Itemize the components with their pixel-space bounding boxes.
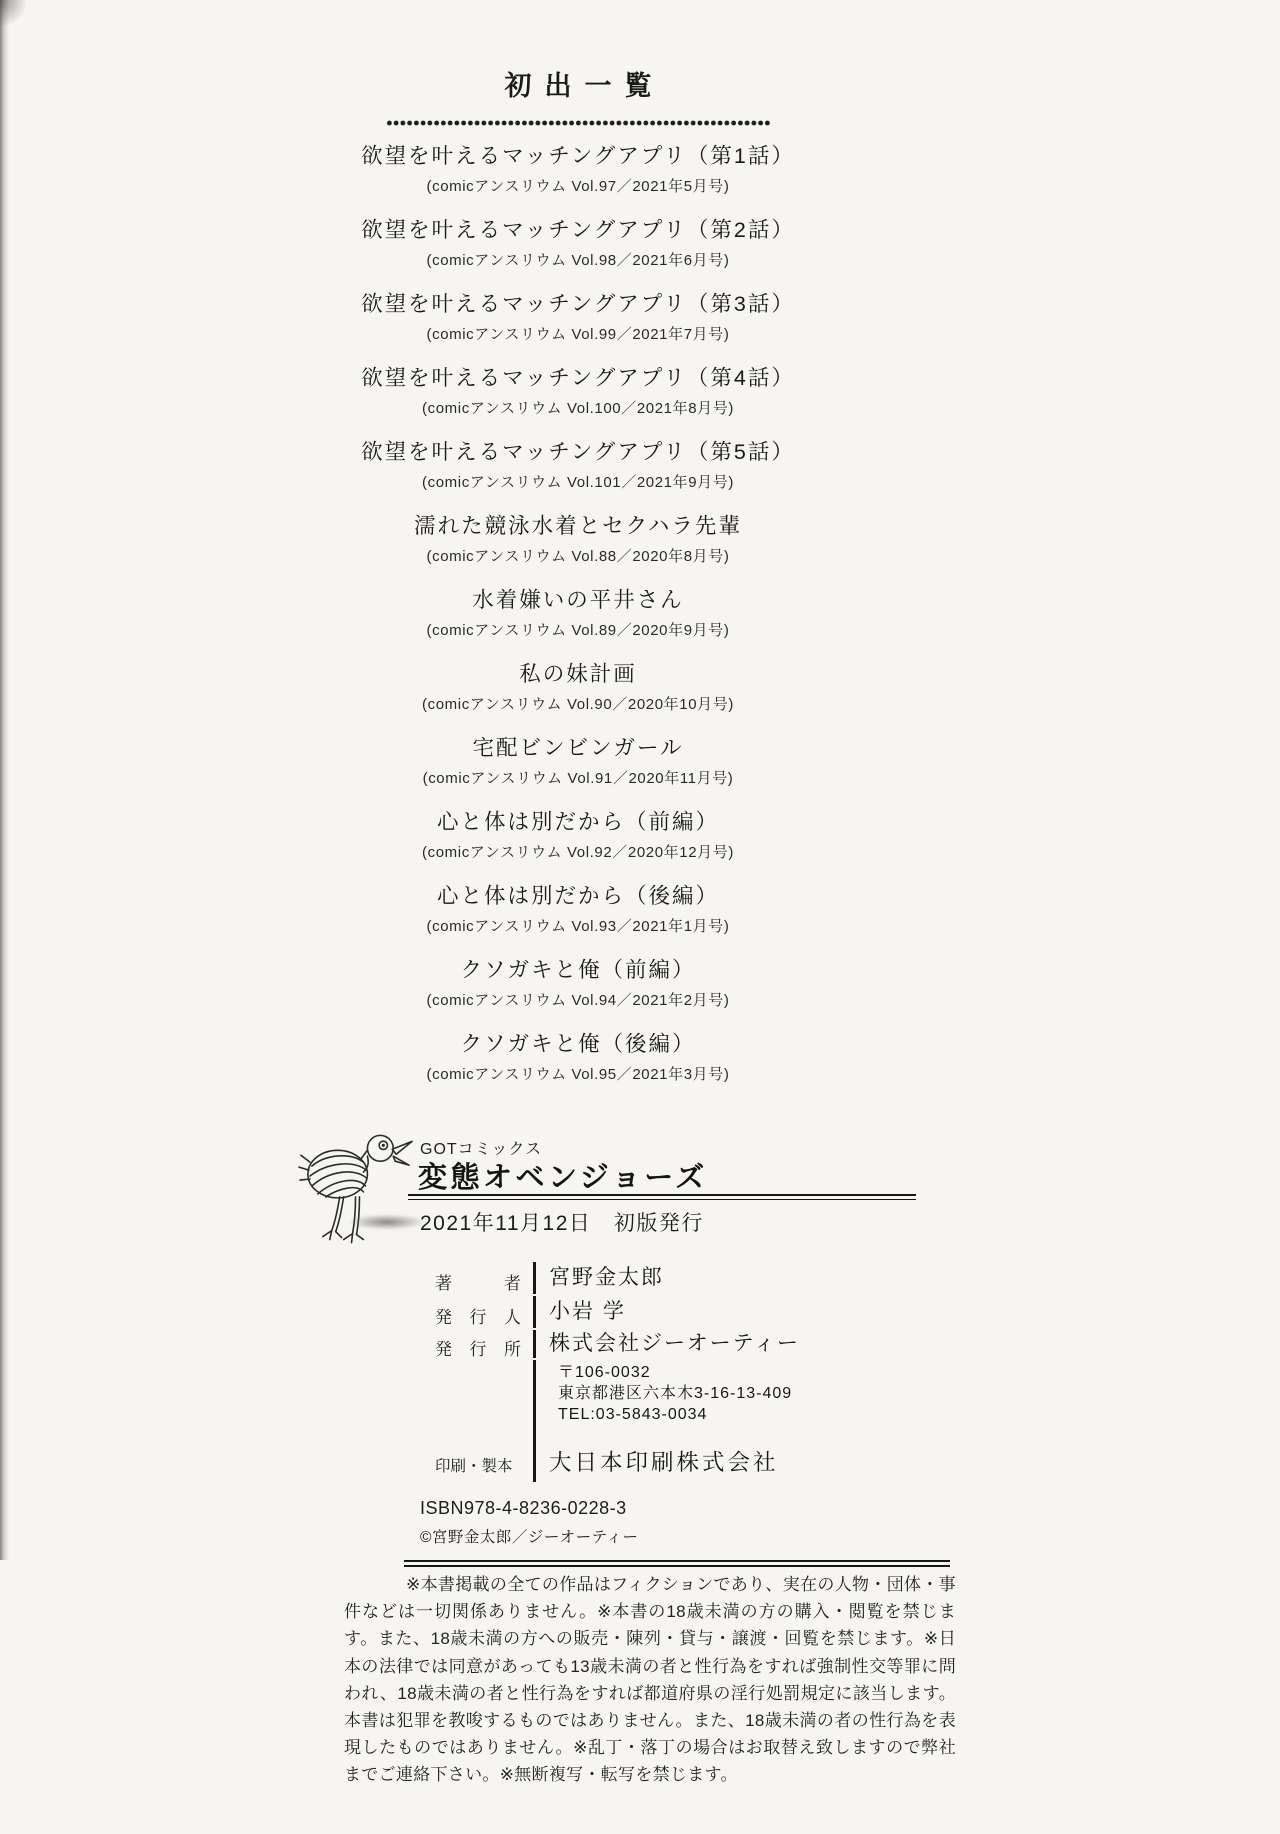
chapter-title: 濡れた競泳水着とセクハラ先輩	[168, 511, 988, 541]
publisher-person-label: 発 行 人	[435, 1296, 521, 1334]
publication-entry: 欲望を叶えるマッチングアプリ（第5話） (comicアンスリウム Vol.101…	[168, 437, 988, 493]
chapter-source: (comicアンスリウム Vol.94／2021年2月号)	[168, 991, 988, 1011]
publication-entry: 欲望を叶えるマッチングアプリ（第4話） (comicアンスリウム Vol.100…	[168, 363, 988, 419]
chapter-title: 心と体は別だから（前編）	[168, 807, 988, 837]
credit-row-author: 著 者 宮野金太郎	[435, 1262, 800, 1296]
chapter-source: (comicアンスリウム Vol.92／2020年12月号)	[168, 843, 988, 863]
chapter-source: (comicアンスリウム Vol.98／2021年6月号)	[168, 251, 988, 271]
publication-entry: クソガキと俺（前編） (comicアンスリウム Vol.94／2021年2月号)	[168, 955, 988, 1011]
publisher-person-name: 小岩 学	[533, 1296, 626, 1328]
phone-number: TEL:03-5843-0034	[558, 1404, 792, 1425]
publication-entry: 宅配ビンビンガール (comicアンスリウム Vol.91／2020年11月号)	[168, 733, 988, 789]
credit-row-printer: 印刷・製本 大日本印刷株式会社	[435, 1446, 800, 1482]
chapter-title: 欲望を叶えるマッチングアプリ（第2話）	[168, 215, 988, 245]
chapter-source: (comicアンスリウム Vol.93／2021年1月号)	[168, 917, 988, 937]
chapter-title: 欲望を叶えるマッチングアプリ（第4話）	[168, 363, 988, 393]
book-title: 変態オベンジョーズ	[418, 1155, 708, 1196]
publication-entry: 欲望を叶えるマッチングアプリ（第1話） (comicアンスリウム Vol.97／…	[168, 141, 988, 197]
edition-date: 2021年11月12日 初版発行	[420, 1207, 704, 1237]
credits-table: 著 者 宮野金太郎 発 行 人 小岩 学 発 行 所 株式会社ジーオーティー 〒…	[435, 1262, 800, 1482]
chapter-title: 宅配ビンビンガール	[168, 733, 988, 763]
chapter-title: 欲望を叶えるマッチングアプリ（第1話）	[168, 141, 988, 171]
author-label: 著 者	[435, 1262, 521, 1300]
publication-entry: 心と体は別だから（前編） (comicアンスリウム Vol.92／2020年12…	[168, 807, 988, 863]
section-title: 初出一覧	[168, 64, 988, 103]
publication-entry: 私の妹計画 (comicアンスリウム Vol.90／2020年10月号)	[168, 659, 988, 715]
street-address: 東京都港区六本木3-16-13-409	[558, 1383, 792, 1404]
dotted-divider	[386, 120, 770, 126]
credit-row-publisher-person: 発 行 人 小岩 学	[435, 1296, 800, 1330]
publisher-address: 〒106-0032 東京都港区六本木3-16-13-409 TEL:03-584…	[533, 1360, 792, 1430]
publication-entry: 欲望を叶えるマッチングアプリ（第3話） (comicアンスリウム Vol.99／…	[168, 289, 988, 345]
scan-edge-shadow	[0, 0, 9, 1560]
publication-entry: 濡れた競泳水着とセクハラ先輩 (comicアンスリウム Vol.88／2020年…	[168, 511, 988, 567]
chapter-title: 欲望を叶えるマッチングアプリ（第3話）	[168, 289, 988, 319]
chapter-title: クソガキと俺（前編）	[168, 955, 988, 985]
chapter-source: (comicアンスリウム Vol.88／2020年8月号)	[168, 547, 988, 567]
author-name: 宮野金太郎	[533, 1262, 664, 1294]
disclaimer-text: ※本書掲載の全ての作品はフィクションであり、実在の人物・団体・事件などは一切関係…	[344, 1571, 956, 1789]
notice-double-rule	[404, 1560, 950, 1567]
chapter-title: クソガキと俺（後編）	[168, 1029, 988, 1059]
isbn: ISBN978-4-8236-0228-3	[420, 1498, 627, 1519]
title-rule	[408, 1194, 916, 1200]
chapter-title: 心と体は別だから（後編）	[168, 881, 988, 911]
chapter-source: (comicアンスリウム Vol.101／2021年9月号)	[168, 473, 988, 493]
publication-entry: 水着嫌いの平井さん (comicアンスリウム Vol.89／2020年9月号)	[168, 585, 988, 641]
credit-row-address: 〒106-0032 東京都港区六本木3-16-13-409 TEL:03-584…	[435, 1360, 800, 1430]
chapter-title: 欲望を叶えるマッチングアプリ（第5話）	[168, 437, 988, 467]
printer-name: 大日本印刷株式会社	[533, 1446, 779, 1482]
postal-code: 〒106-0032	[558, 1362, 792, 1383]
chapter-title: 私の妹計画	[168, 659, 988, 689]
chapter-source: (comicアンスリウム Vol.100／2021年8月号)	[168, 399, 988, 419]
credit-row-publisher: 発 行 所 株式会社ジーオーティー	[435, 1330, 800, 1360]
credit-row-spacer	[435, 1430, 800, 1446]
chapter-title: 水着嫌いの平井さん	[168, 585, 988, 615]
first-publication-section: 初出一覧 欲望を叶えるマッチングアプリ（第1話） (comicアンスリウム Vo…	[168, 64, 988, 1103]
publication-entry: 心と体は別だから（後編） (comicアンスリウム Vol.93／2021年1月…	[168, 881, 988, 937]
publisher-name: 株式会社ジーオーティー	[533, 1330, 800, 1358]
chapter-source: (comicアンスリウム Vol.97／2021年5月号)	[168, 177, 988, 197]
scan-corner-shade	[0, 0, 26, 26]
copyright-line: ©宮野金太郎／ジーオーティー	[420, 1525, 638, 1547]
chapter-source: (comicアンスリウム Vol.91／2020年11月号)	[168, 769, 988, 789]
chapter-source: (comicアンスリウム Vol.95／2021年3月号)	[168, 1065, 988, 1085]
scan-smudge	[348, 1214, 426, 1230]
chapter-source: (comicアンスリウム Vol.99／2021年7月号)	[168, 325, 988, 345]
chapter-source: (comicアンスリウム Vol.90／2020年10月号)	[168, 695, 988, 715]
publication-entry: 欲望を叶えるマッチングアプリ（第2話） (comicアンスリウム Vol.98／…	[168, 215, 988, 271]
printer-label: 印刷・製本	[435, 1446, 521, 1476]
address-label-spacer	[435, 1360, 521, 1366]
publication-entry: クソガキと俺（後編） (comicアンスリウム Vol.95／2021年3月号)	[168, 1029, 988, 1085]
chapter-source: (comicアンスリウム Vol.89／2020年9月号)	[168, 621, 988, 641]
publisher-label: 発 行 所	[435, 1330, 521, 1364]
publication-list: 欲望を叶えるマッチングアプリ（第1話） (comicアンスリウム Vol.97／…	[168, 141, 988, 1085]
